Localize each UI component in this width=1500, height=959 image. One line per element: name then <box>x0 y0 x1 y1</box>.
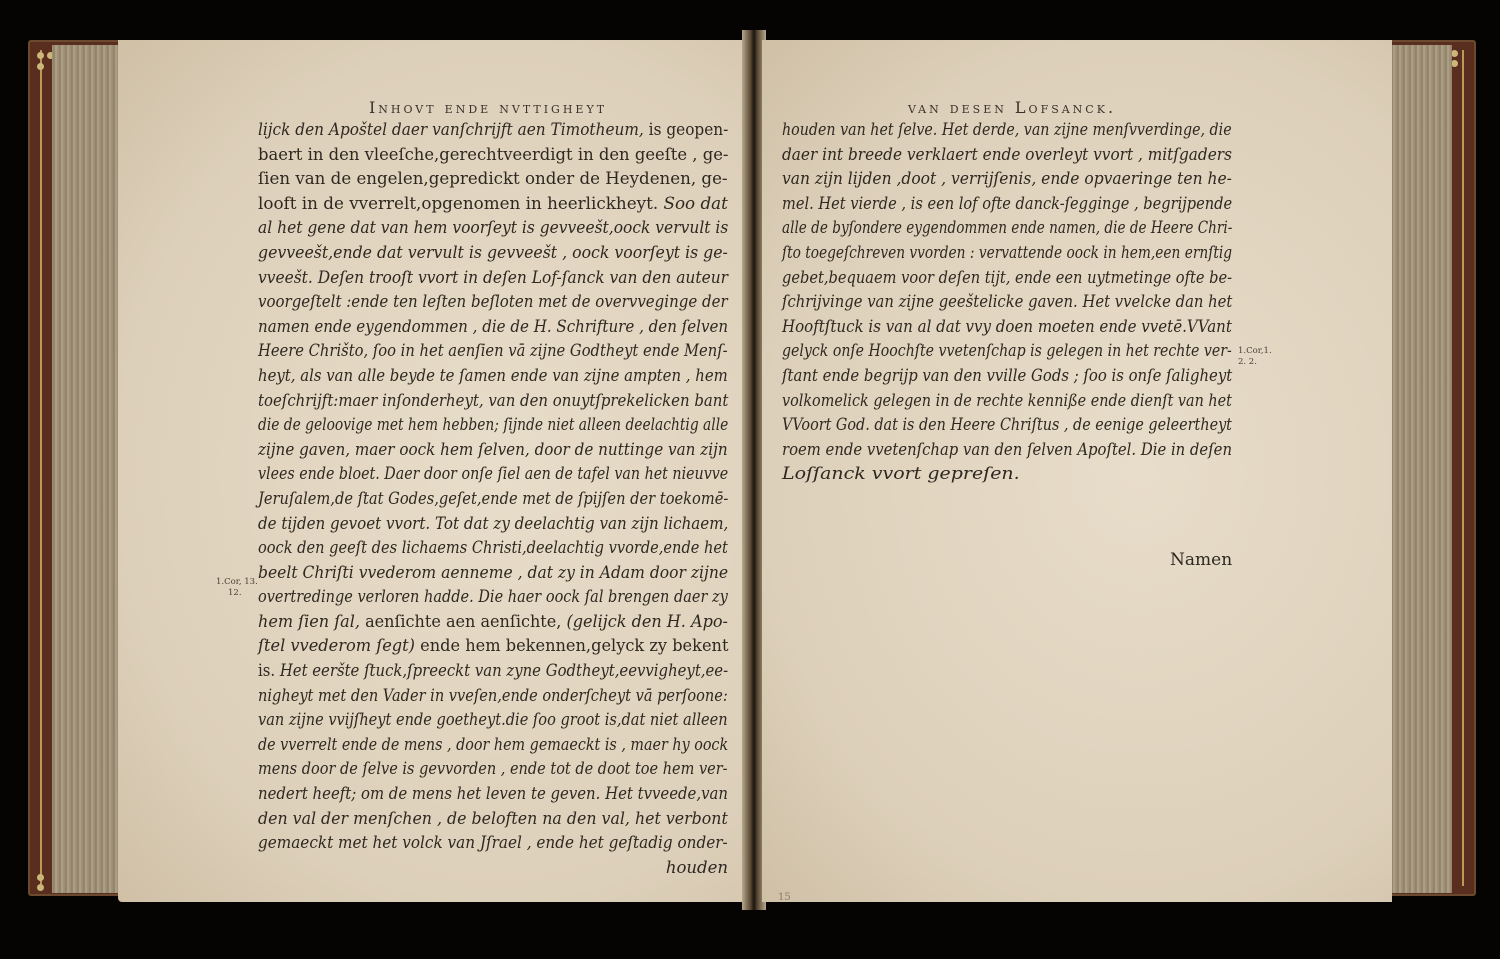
gilt-ornament-icon <box>37 52 44 59</box>
right-page: van desen Lofsanck. houden van het ſelve… <box>762 40 1392 902</box>
text-line: alle de byſondere eygendommen ende namen… <box>782 216 1153 241</box>
margin-note-line: 1.Cor,1. <box>1238 346 1272 356</box>
text-line: lijck den Apoštel daer vanſchrijft aen T… <box>258 118 695 143</box>
right-page-edges <box>1390 45 1452 893</box>
text-line: Hooftſtuck is van al dat vvy doen moeten… <box>782 315 1192 340</box>
text-line: Heere Chrišto, ſoo in het aenſien vā zij… <box>258 339 677 364</box>
gilt-ornament-icon <box>37 63 44 70</box>
text-line: beelt Chriſti vvederom aenneme , dat zy … <box>258 561 701 586</box>
gilt-ornament-icon <box>37 874 44 881</box>
text-line: gevveešt,ende dat vervult is gevveešt , … <box>258 241 706 266</box>
text-line: gemaeckt met het volck van Jſrael , ende… <box>258 831 692 856</box>
margin-note-line: 2. 2. <box>1238 357 1257 367</box>
text-line: oock den geeſt des lichaems Christi,deel… <box>258 536 673 561</box>
open-book: Inhovt ende nvttigheyt 1.Cor, 13. 12. li… <box>0 0 1500 959</box>
text-line: looft in de vverrelt,opgenomen in heerli… <box>258 192 735 217</box>
text-line: Loſſanck vvort gepreſen. <box>782 462 1300 487</box>
text-line: ſto toegeſchreven vvorden : vervattende … <box>782 241 1156 266</box>
gilt-border-line <box>40 50 42 886</box>
text-line: baert in den vleeſche,gerechtveerdigt in… <box>258 143 725 168</box>
left-margin-note: 1.Cor, 13. 12. <box>216 577 258 599</box>
text-line: mens door de ſelve is gevvorden , ende t… <box>258 757 671 782</box>
text-line: ſtant ende begrijp van den vville Gods ;… <box>782 364 1187 389</box>
left-page-edges <box>52 45 122 893</box>
left-page-body-text: lijck den Apoštel daer vanſchrijft aen T… <box>258 118 728 880</box>
text-line: de tijden gevoet vvort. Tot dat zy deela… <box>258 512 688 537</box>
text-line: den val der menſchen , de beloften na de… <box>258 807 708 832</box>
text-line: vveešt. Deſen trooſt vvort in deſen Lof-… <box>258 266 698 291</box>
margin-note-line: 12. <box>216 588 242 598</box>
gilt-ornament-icon <box>37 884 44 891</box>
right-margin-note: 1.Cor,1. 2. 2. <box>1238 346 1272 368</box>
text-line: toeſchrijft:maer inſonderheyt, van den o… <box>258 389 683 414</box>
text-line: van zijn lijden ,doot , verrijſenis, end… <box>782 167 1205 192</box>
text-line: overtredinge verloren hadde. Die haer oo… <box>258 585 671 610</box>
right-page-body-text: houden van het ſelve. Het derde, van zij… <box>782 118 1232 487</box>
text-line: roem ende vvetenſchap van den ſelven Apo… <box>782 438 1186 463</box>
text-line: VVoort God. dat is den Heere Chriſtus , … <box>782 413 1174 438</box>
text-line: al het gene dat van hem voorſeyt is gevv… <box>258 216 699 241</box>
text-line: voorgeſtelt :ende ten leſten beſloten me… <box>258 290 685 315</box>
text-line: Jeruſalem,de ſtat Godes,geſet,ende met d… <box>258 487 675 512</box>
text-line: van zijne vvijſheyt ende goetheyt.die ſo… <box>258 708 672 733</box>
text-line: namen ende eygendommen , die de H. Schri… <box>258 315 687 340</box>
text-line: nigheyt met den Vader in vveſen,ende ond… <box>258 684 672 709</box>
margin-note-line: 1.Cor, 13. <box>216 577 258 587</box>
text-line: hem ſien ſal, aenſichte aen aenſichte, (… <box>258 610 715 635</box>
text-line: de vverrelt ende de mens , door hem gema… <box>258 733 666 758</box>
text-line: houden van het ſelve. Het derde, van zij… <box>782 118 1170 143</box>
text-line: mel. Het vierde , is een lof ofte danck-… <box>782 192 1180 217</box>
left-running-head: Inhovt ende nvttigheyt <box>348 98 628 117</box>
left-page: Inhovt ende nvttigheyt 1.Cor, 13. 12. li… <box>118 40 748 902</box>
text-line: vlees ende bloet. Daer door onſe ſiel ae… <box>258 462 663 487</box>
text-line: die de geloovige met hem hebben; ſijnde … <box>258 413 651 438</box>
text-line: ſtel vvederom ſegt) ende hem bekennen,ge… <box>258 634 719 659</box>
text-line: ſchrijvinge van zijne geeštelicke gaven.… <box>782 290 1185 315</box>
gilt-border-line <box>1462 50 1464 886</box>
text-line: nedert heeft; om de mens het leven te ge… <box>258 782 682 807</box>
text-line: heyt, als van alle beyde te ſamen ende v… <box>258 364 682 389</box>
page-number-mark: 15 <box>778 892 791 903</box>
text-line: is. Het eeršte ſtuck,ſpreeckt van zyne G… <box>258 659 681 684</box>
text-line: zijne gaven, maer oock hem ſelven, door … <box>258 438 690 463</box>
text-line: volkomelick gelegen in de rechte kenniße… <box>782 389 1174 414</box>
catchword: Namen <box>1170 550 1232 570</box>
text-line: gebet,bequaem voor deſen tijt, ende een … <box>782 266 1181 291</box>
text-line: gelyck onſe Hoochſte vvetenſchap is gele… <box>782 339 1167 364</box>
text-line: ſien van de engelen,gepredickt onder de … <box>258 167 732 192</box>
text-line: daer int breede verklaert ende overleyt … <box>782 143 1200 168</box>
right-running-head: van desen Lofsanck. <box>862 98 1162 117</box>
gilt-ornament-icon <box>1451 60 1458 67</box>
text-line: houden <box>258 856 728 881</box>
gilt-ornament-icon <box>1451 50 1458 57</box>
